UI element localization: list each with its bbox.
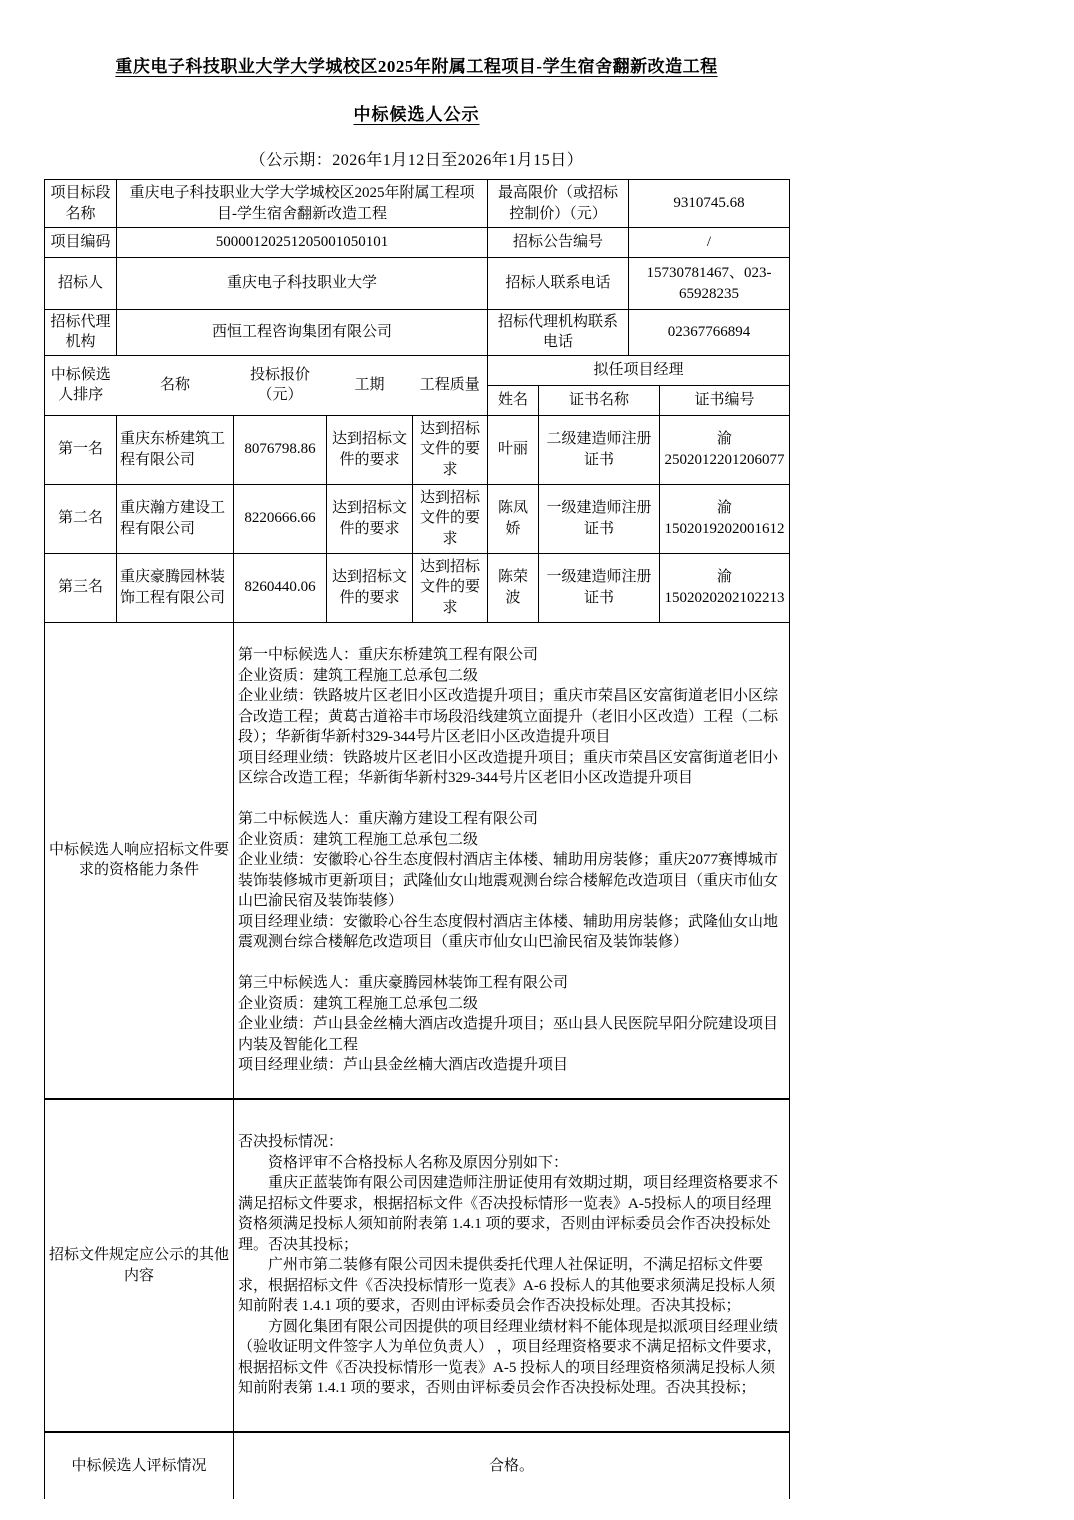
section-content: 合格。: [234, 1432, 790, 1499]
announcement-document: 重庆电子科技职业大学大学城校区2025年附属工程项目-学生宿舍翻新改造工程 中标…: [44, 0, 789, 1499]
info-value: 重庆电子科技职业大学大学城校区2025年附属工程项目-学生宿舍翻新改造工程: [117, 180, 488, 228]
candidate-price: 8076798.86: [234, 415, 327, 484]
candidates-table: 中标候选 人排序 名称 投标报价 （元） 工期 工程质量 拟任项目经理 姓名 证…: [44, 355, 790, 623]
section-row-qualifications: 中标候选人响应招标文件要求的资格能力条件 第一中标候选人：重庆东桥建筑工程有限公…: [45, 622, 790, 1099]
header-duration: 工期: [327, 355, 413, 415]
candidate-cert-no: 渝 1502019202001612: [660, 484, 790, 553]
section-content: 第一中标候选人：重庆东桥建筑工程有限公司 企业资质：建筑工程施工总承包二级 企业…: [234, 622, 790, 1099]
project-title: 重庆电子科技职业大学大学城校区2025年附属工程项目-学生宿舍翻新改造工程: [44, 0, 789, 78]
table-row: 招标代理 机构 西恒工程咨询集团有限公司 招标代理机构联系 电话 0236776…: [45, 310, 790, 356]
info-value: 西恒工程咨询集团有限公司: [117, 310, 488, 356]
header-name: 名称: [117, 355, 234, 415]
section-label: 中标候选人响应招标文件要求的资格能力条件: [45, 622, 234, 1099]
table-row: 项目标段 名称 重庆电子科技职业大学大学城校区2025年附属工程项目-学生宿舍翻…: [45, 180, 790, 228]
candidate-name: 重庆豪腾园林装饰工程有限公司: [117, 553, 234, 622]
header-cert-name: 证书名称: [539, 385, 660, 415]
info-label: 招标公告编号: [488, 228, 629, 258]
candidate-cert-name: 一级建造师注册证书: [539, 553, 660, 622]
info-value: 15730781467、023- 65928235: [629, 258, 790, 310]
candidate-row: 第二名 重庆瀚方建设工程有限公司 8220666.66 达到招标文件的要求 达到…: [45, 484, 790, 553]
section-row-evaluation: 中标候选人评标情况 合格。: [45, 1432, 790, 1499]
info-label: 项目编码: [45, 228, 117, 258]
candidate-pm-name: 叶丽: [488, 415, 539, 484]
candidate-duration: 达到招标文件的要求: [327, 484, 413, 553]
candidate-row: 第三名 重庆豪腾园林装饰工程有限公司 8260440.06 达到招标文件的要求 …: [45, 553, 790, 622]
info-value: 9310745.68: [629, 180, 790, 228]
header-cert-no: 证书编号: [660, 385, 790, 415]
candidate-cert-no: 渝 1502020202102213: [660, 553, 790, 622]
header-pm-name: 姓名: [488, 385, 539, 415]
candidate-row: 第一名 重庆东桥建筑工程有限公司 8076798.86 达到招标文件的要求 达到…: [45, 415, 790, 484]
section-label: 中标候选人评标情况: [45, 1432, 234, 1499]
candidate-pm-name: 陈凤娇: [488, 484, 539, 553]
project-info-table: 项目标段 名称 重庆电子科技职业大学大学城校区2025年附属工程项目-学生宿舍翻…: [44, 179, 790, 356]
candidate-quality: 达到招标文件的要求: [413, 484, 488, 553]
header-bid-price: 投标报价 （元）: [234, 355, 327, 415]
candidate-rank: 第一名: [45, 415, 117, 484]
sections-table: 中标候选人响应招标文件要求的资格能力条件 第一中标候选人：重庆东桥建筑工程有限公…: [44, 622, 790, 1500]
candidate-duration: 达到招标文件的要求: [327, 415, 413, 484]
info-label: 招标人: [45, 258, 117, 310]
header-proposed-pm: 拟任项目经理: [488, 355, 790, 385]
publicity-period: （公示期：2026年1月12日至2026年1月15日）: [44, 147, 789, 170]
candidate-rank: 第三名: [45, 553, 117, 622]
info-label: 最高限价（或招标控制价）（元）: [488, 180, 629, 228]
table-row: 项目编码 50000120251205001050101 招标公告编号 /: [45, 228, 790, 258]
candidate-rank: 第二名: [45, 484, 117, 553]
announcement-title: 中标候选人公示: [44, 100, 789, 125]
info-value: 02367766894: [629, 310, 790, 356]
section-label: 招标文件规定应公示的其他内容: [45, 1099, 234, 1432]
info-label: 招标代理 机构: [45, 310, 117, 356]
info-label: 招标人联系电话: [488, 258, 629, 310]
info-value: 重庆电子科技职业大学: [117, 258, 488, 310]
candidate-duration: 达到招标文件的要求: [327, 553, 413, 622]
candidate-pm-name: 陈荣波: [488, 553, 539, 622]
info-value: 50000120251205001050101: [117, 228, 488, 258]
info-value: /: [629, 228, 790, 258]
info-label: 项目标段 名称: [45, 180, 117, 228]
candidate-cert-name: 一级建造师注册证书: [539, 484, 660, 553]
candidate-quality: 达到招标文件的要求: [413, 553, 488, 622]
header-quality: 工程质量: [413, 355, 488, 415]
candidate-price: 8220666.66: [234, 484, 327, 553]
candidates-header-row: 中标候选 人排序 名称 投标报价 （元） 工期 工程质量 拟任项目经理: [45, 355, 790, 385]
header-rank: 中标候选 人排序: [45, 355, 117, 415]
candidate-cert-name: 二级建造师注册证书: [539, 415, 660, 484]
section-content: 否决投标情况： 资格评审不合格投标人名称及原因分别如下： 重庆正蓝装饰有限公司因…: [234, 1099, 790, 1432]
candidate-name: 重庆瀚方建设工程有限公司: [117, 484, 234, 553]
candidate-cert-no: 渝 2502012201206077: [660, 415, 790, 484]
info-label: 招标代理机构联系 电话: [488, 310, 629, 356]
candidate-name: 重庆东桥建筑工程有限公司: [117, 415, 234, 484]
candidate-price: 8260440.06: [234, 553, 327, 622]
section-row-other-content: 招标文件规定应公示的其他内容 否决投标情况： 资格评审不合格投标人名称及原因分别…: [45, 1099, 790, 1432]
table-row: 招标人 重庆电子科技职业大学 招标人联系电话 15730781467、023- …: [45, 258, 790, 310]
candidate-quality: 达到招标文件的要求: [413, 415, 488, 484]
